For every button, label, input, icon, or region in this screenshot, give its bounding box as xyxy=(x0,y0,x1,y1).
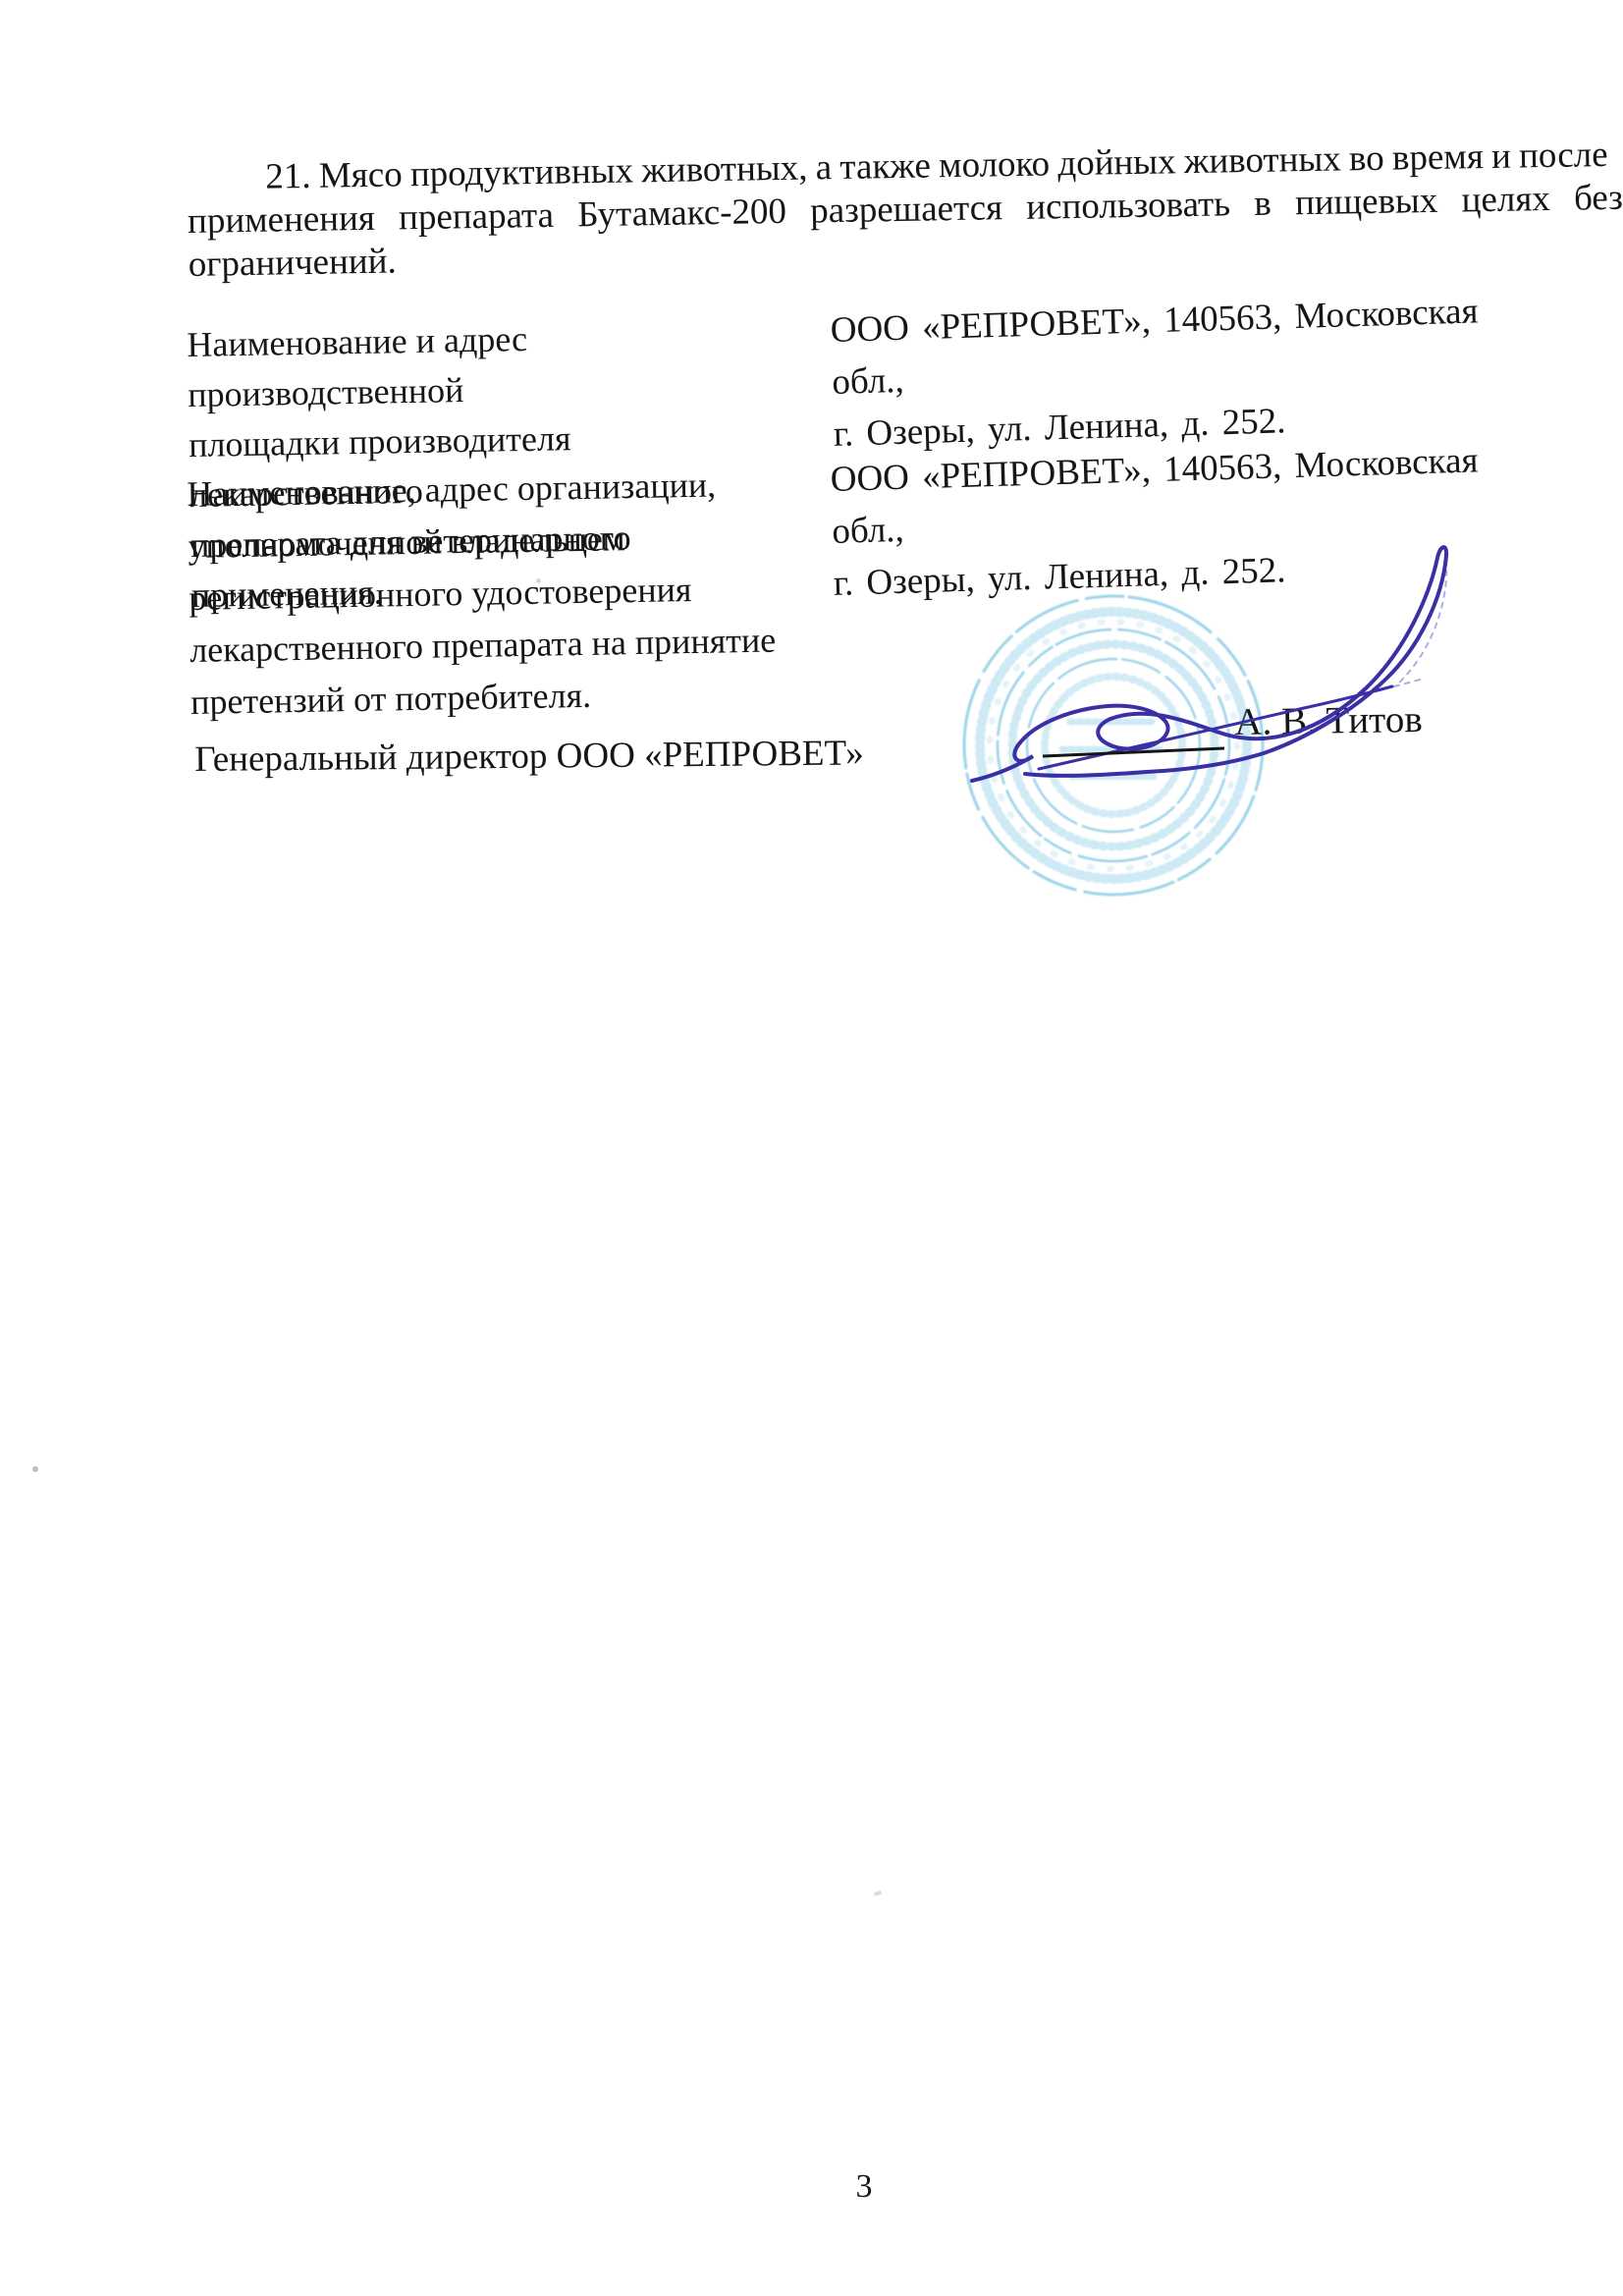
manufacturer-value: ООО «РЕПРОВЕТ», 140563, Московская обл.,… xyxy=(830,284,1521,461)
scanned-document-page: 21. Мясо продуктивных животных, а также … xyxy=(0,0,1623,2296)
claims-org-label: Наименование, адрес организации, уполном… xyxy=(187,459,781,729)
scan-speck xyxy=(874,1890,883,1896)
page-number: 3 xyxy=(830,2168,898,2206)
signature-line xyxy=(1043,748,1224,756)
company-stamp-icon xyxy=(964,596,1263,895)
scan-speck xyxy=(536,578,541,583)
claims-org-value: ООО «РЕПРОВЕТ», 140563, Московская обл.,… xyxy=(830,433,1521,610)
scan-speck xyxy=(32,1466,38,1472)
director-title: Генеральный директор ООО «РЕПРОВЕТ» xyxy=(194,732,864,782)
paragraph-21: 21. Мясо продуктивных животных, а также … xyxy=(187,136,1516,287)
signer-name: А. В. Титов xyxy=(1234,698,1423,744)
